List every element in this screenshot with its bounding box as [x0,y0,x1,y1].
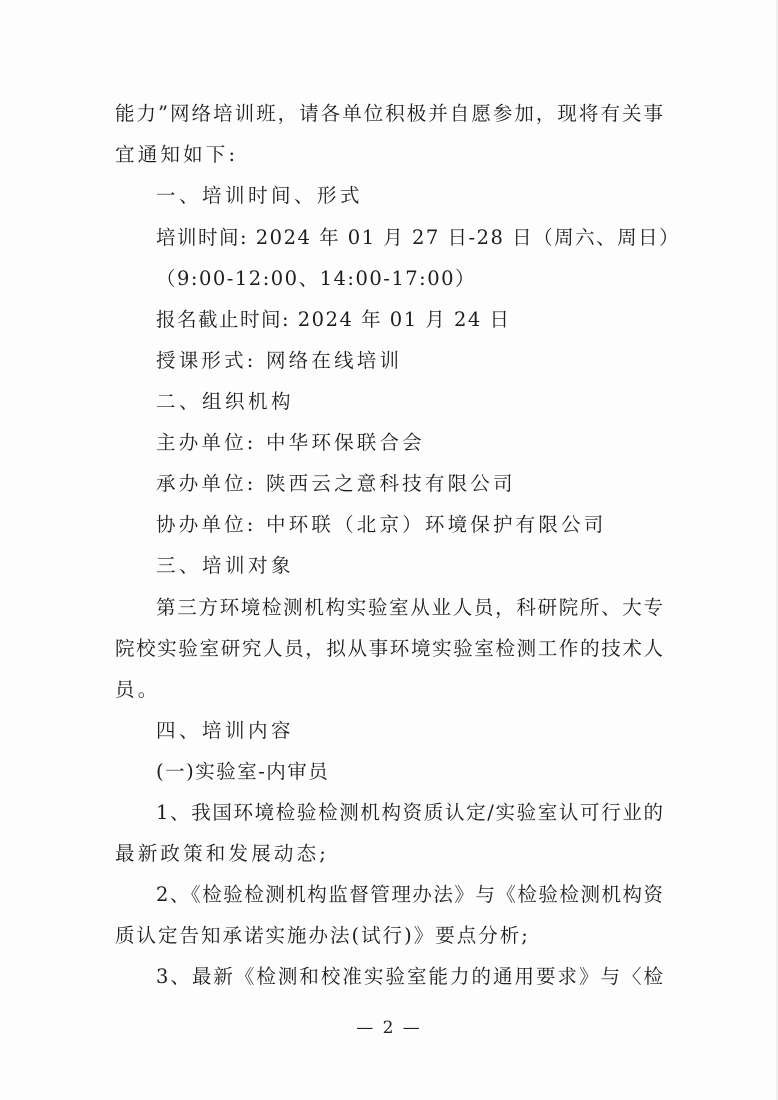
list-item-1: 1、我国环境检验检测机构资质认定/实验室认可行业的 [156,798,663,828]
registration-deadline-line: 报名截止时间: 2024 年 01 月 24 日 [156,305,663,335]
section-heading-audience: 三、培训对象 [156,551,663,581]
list-item-1-continued: 最新政策和发展动态; [115,839,663,869]
body-text-line: 宜通知如下: [115,140,663,170]
list-item-2-continued: 质认定告知承诺实施办法(试行)》要点分析; [115,921,663,951]
body-text-line: 第三方环境检测机构实验室从业人员，科研院所、大专 [156,593,663,623]
training-time-line: 培训时间: 2024 年 01 月 27 日-28 日（周六、周日） [156,223,663,253]
body-text-line: 能力”网络培训班，请各单位积极并自愿参加，现将有关事 [115,99,663,129]
subsection-heading-internal-auditor: (一)实验室-内审员 [156,757,663,787]
document-page: 能力”网络培训班，请各单位积极并自愿参加，现将有关事 宜通知如下: 一、培训时间… [0,0,778,1100]
body-text-line: 员。 [115,675,663,705]
teaching-format-line: 授课形式: 网络在线培训 [156,346,663,376]
section-heading-organizers: 二、组织机构 [156,387,663,417]
host-organizer-line: 主办单位: 中华环保联合会 [156,428,663,458]
section-heading-training-time: 一、培训时间、形式 [156,181,663,211]
section-heading-content: 四、培训内容 [156,716,663,746]
body-text-line: 院校实验室研究人员，拟从事环境实验室检测工作的技术人 [115,634,663,664]
co-organizer-line: 协办单位: 中环联（北京）环境保护有限公司 [156,510,663,540]
page-number: — 2 — [0,1018,778,1038]
training-hours-line: （9:00-12:00、14:00-17:00） [156,264,663,294]
list-item-3: 3、最新《检测和校准实验室能力的通用要求》与〈检 [156,962,663,992]
list-item-2: 2、《检验检测机构监督管理办法》与《检验检测机构资 [156,880,663,910]
undertaking-organizer-line: 承办单位: 陕西云之意科技有限公司 [156,469,663,499]
